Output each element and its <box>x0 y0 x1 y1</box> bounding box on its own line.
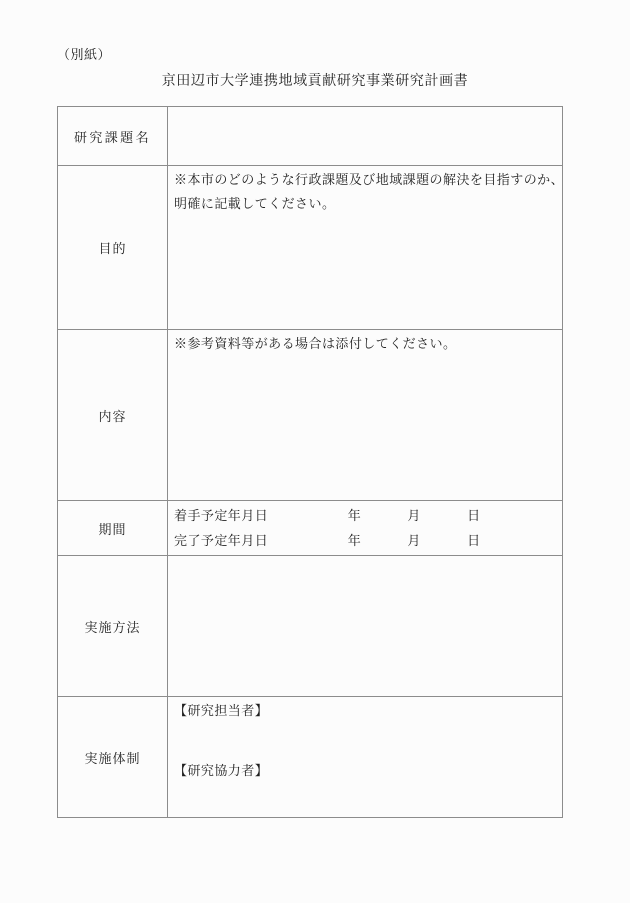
document-title: 京田辺市大学連携地域貢献研究事業研究計画書 <box>0 70 630 90</box>
period-start-month-unit: 月 <box>407 503 463 528</box>
structure-input-cell: 【研究担当者】 【研究協力者】 <box>168 697 563 818</box>
period-end-day-unit: 日 <box>467 528 523 553</box>
period-start-year-unit: 年 <box>348 503 404 528</box>
content-label-cell: 内容 <box>58 330 168 501</box>
research-collaborator-heading: 【研究協力者】 <box>174 759 556 783</box>
table-row-period: 期間 着手予定年月日 年 月 日 完了予定年月日 年 月 日 <box>58 501 563 556</box>
table-row-purpose: 目的 ※本市のどのような行政課題及び地域課題の解決を目指すのか、 明確に記載して… <box>58 166 563 330</box>
document-page: （別紙） 京田辺市大学連携地域貢献研究事業研究計画書 研究課題名 目的 ※本市の… <box>0 0 630 903</box>
table-row-topic: 研究課題名 <box>58 107 563 166</box>
topic-input-cell <box>168 107 563 166</box>
purpose-label-cell: 目的 <box>58 166 168 330</box>
research-staff-heading: 【研究担当者】 <box>174 699 556 723</box>
period-end-month-unit: 月 <box>407 528 463 553</box>
period-input-cell: 着手予定年月日 年 月 日 完了予定年月日 年 月 日 <box>168 501 563 556</box>
structure-label-cell: 実施体制 <box>58 697 168 818</box>
attachment-note: （別紙） <box>57 44 111 63</box>
table-row-content: 内容 ※参考資料等がある場合は添付してください。 <box>58 330 563 501</box>
table-row-method: 実施方法 <box>58 556 563 697</box>
period-end-line: 完了予定年月日 年 月 日 <box>174 528 556 553</box>
purpose-input-cell: ※本市のどのような行政課題及び地域課題の解決を目指すのか、 明確に記載してくださ… <box>168 166 563 330</box>
method-label-cell: 実施方法 <box>58 556 168 697</box>
topic-label-cell: 研究課題名 <box>58 107 168 166</box>
period-start-label: 着手予定年月日 <box>174 503 344 528</box>
method-input-cell <box>168 556 563 697</box>
purpose-instruction-line-2: 明確に記載してください。 <box>174 192 556 216</box>
period-start-line: 着手予定年月日 年 月 日 <box>174 503 556 528</box>
content-instruction-line: ※参考資料等がある場合は添付してください。 <box>174 332 556 356</box>
period-end-year-unit: 年 <box>348 528 404 553</box>
period-label-cell: 期間 <box>58 501 168 556</box>
content-input-cell: ※参考資料等がある場合は添付してください。 <box>168 330 563 501</box>
period-start-day-unit: 日 <box>467 503 523 528</box>
research-plan-form-table: 研究課題名 目的 ※本市のどのような行政課題及び地域課題の解決を目指すのか、 明… <box>57 106 563 818</box>
period-end-label: 完了予定年月日 <box>174 528 344 553</box>
table-row-structure: 実施体制 【研究担当者】 【研究協力者】 <box>58 697 563 818</box>
purpose-instruction-line-1: ※本市のどのような行政課題及び地域課題の解決を目指すのか、 <box>174 168 556 192</box>
